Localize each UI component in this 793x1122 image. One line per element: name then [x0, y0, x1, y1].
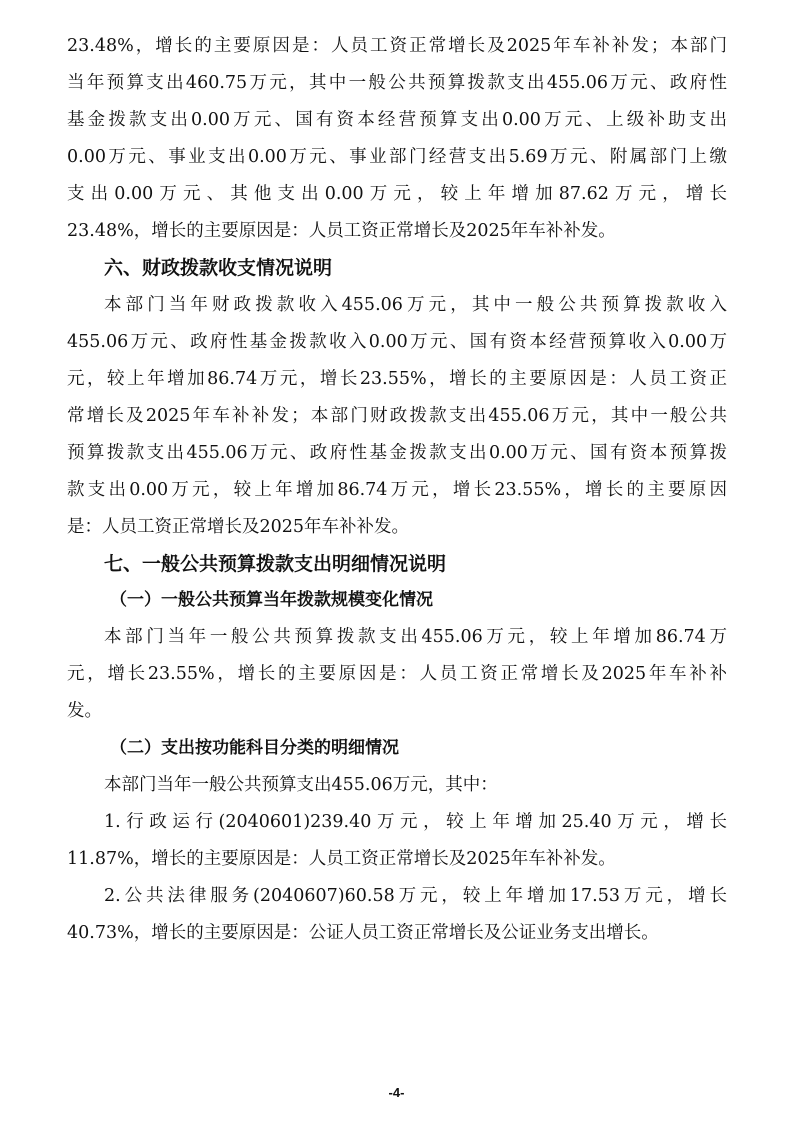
paragraph-line: 元，增长23.55%，增长的主要原因是：人员工资正常增长及2025年车补补: [67, 659, 727, 689]
paragraph-line: 基金拨款支出0.00万元、国有资本经营预算支出0.00万元、上级补助支出: [67, 105, 727, 135]
paragraph-line: 23.48%，增长的主要原因是：人员工资正常增长及2025年车补补发。: [67, 216, 727, 246]
paragraph-line: 当年预算支出460.75万元，其中一般公共预算拨款支出455.06万元、政府性: [67, 68, 727, 98]
paragraph-line: 预算拨款支出455.06万元、政府性基金拨款支出0.00万元、国有资本预算拨: [67, 438, 727, 468]
paragraph-line: 本部门当年财政拨款收入455.06万元，其中一般公共预算拨款收入: [104, 290, 727, 320]
list-item-line: 11.87%，增长的主要原因是：人员工资正常增长及2025年车补补发。: [67, 844, 727, 874]
list-item-line: 2.公共法律服务(2040607)60.58万元，较上年增加17.53万元，增长: [104, 881, 727, 911]
paragraph-line: 支出0.00万元、其他支出0.00万元，较上年增加87.62万元，增长: [67, 179, 727, 209]
subsection-heading-2: （二）支出按功能科目分类的明细情况: [110, 733, 399, 763]
paragraph-line: 455.06万元、政府性基金拨款收入0.00万元、国有资本经营预算收入0.00万: [67, 327, 727, 357]
paragraph-line: 0.00万元、事业支出0.00万元、事业部门经营支出5.69万元、附属部门上缴: [67, 142, 727, 172]
paragraph-line: 是：人员工资正常增长及2025年车补补发。: [67, 512, 727, 542]
paragraph-line: 元，较上年增加86.74万元，增长23.55%，增长的主要原因是：人员工资正: [67, 364, 727, 394]
subsection-heading-1: （一）一般公共预算当年拨款规模变化情况: [110, 585, 433, 615]
list-item-line: 1.行政运行(2040601)239.40万元，较上年增加25.40万元，增长: [104, 807, 727, 837]
list-item-line: 40.73%，增长的主要原因是：公证人员工资正常增长及公证业务支出增长。: [67, 918, 727, 948]
paragraph-line: 23.48%，增长的主要原因是：人员工资正常增长及2025年车补补发；本部门: [67, 31, 727, 61]
page-number: -4-: [0, 1085, 793, 1100]
paragraph-line: 本部门当年一般公共预算支出455.06万元，其中：: [104, 770, 727, 800]
paragraph-line: 常增长及2025年车补补发；本部门财政拨款支出455.06万元，其中一般公共: [67, 401, 727, 431]
section-heading-7: 七、一般公共预算拨款支出明细情况说明: [104, 548, 446, 580]
paragraph-line: 本部门当年一般公共预算拨款支出455.06万元，较上年增加86.74万: [104, 622, 727, 652]
document-page: 23.48%，增长的主要原因是：人员工资正常增长及2025年车补补发；本部门 当…: [0, 0, 793, 1122]
section-heading-6: 六、财政拨款收支情况说明: [104, 252, 332, 284]
paragraph-line: 款支出0.00万元，较上年增加86.74万元，增长23.55%，增长的主要原因: [67, 475, 727, 505]
paragraph-line: 发。: [67, 696, 727, 726]
